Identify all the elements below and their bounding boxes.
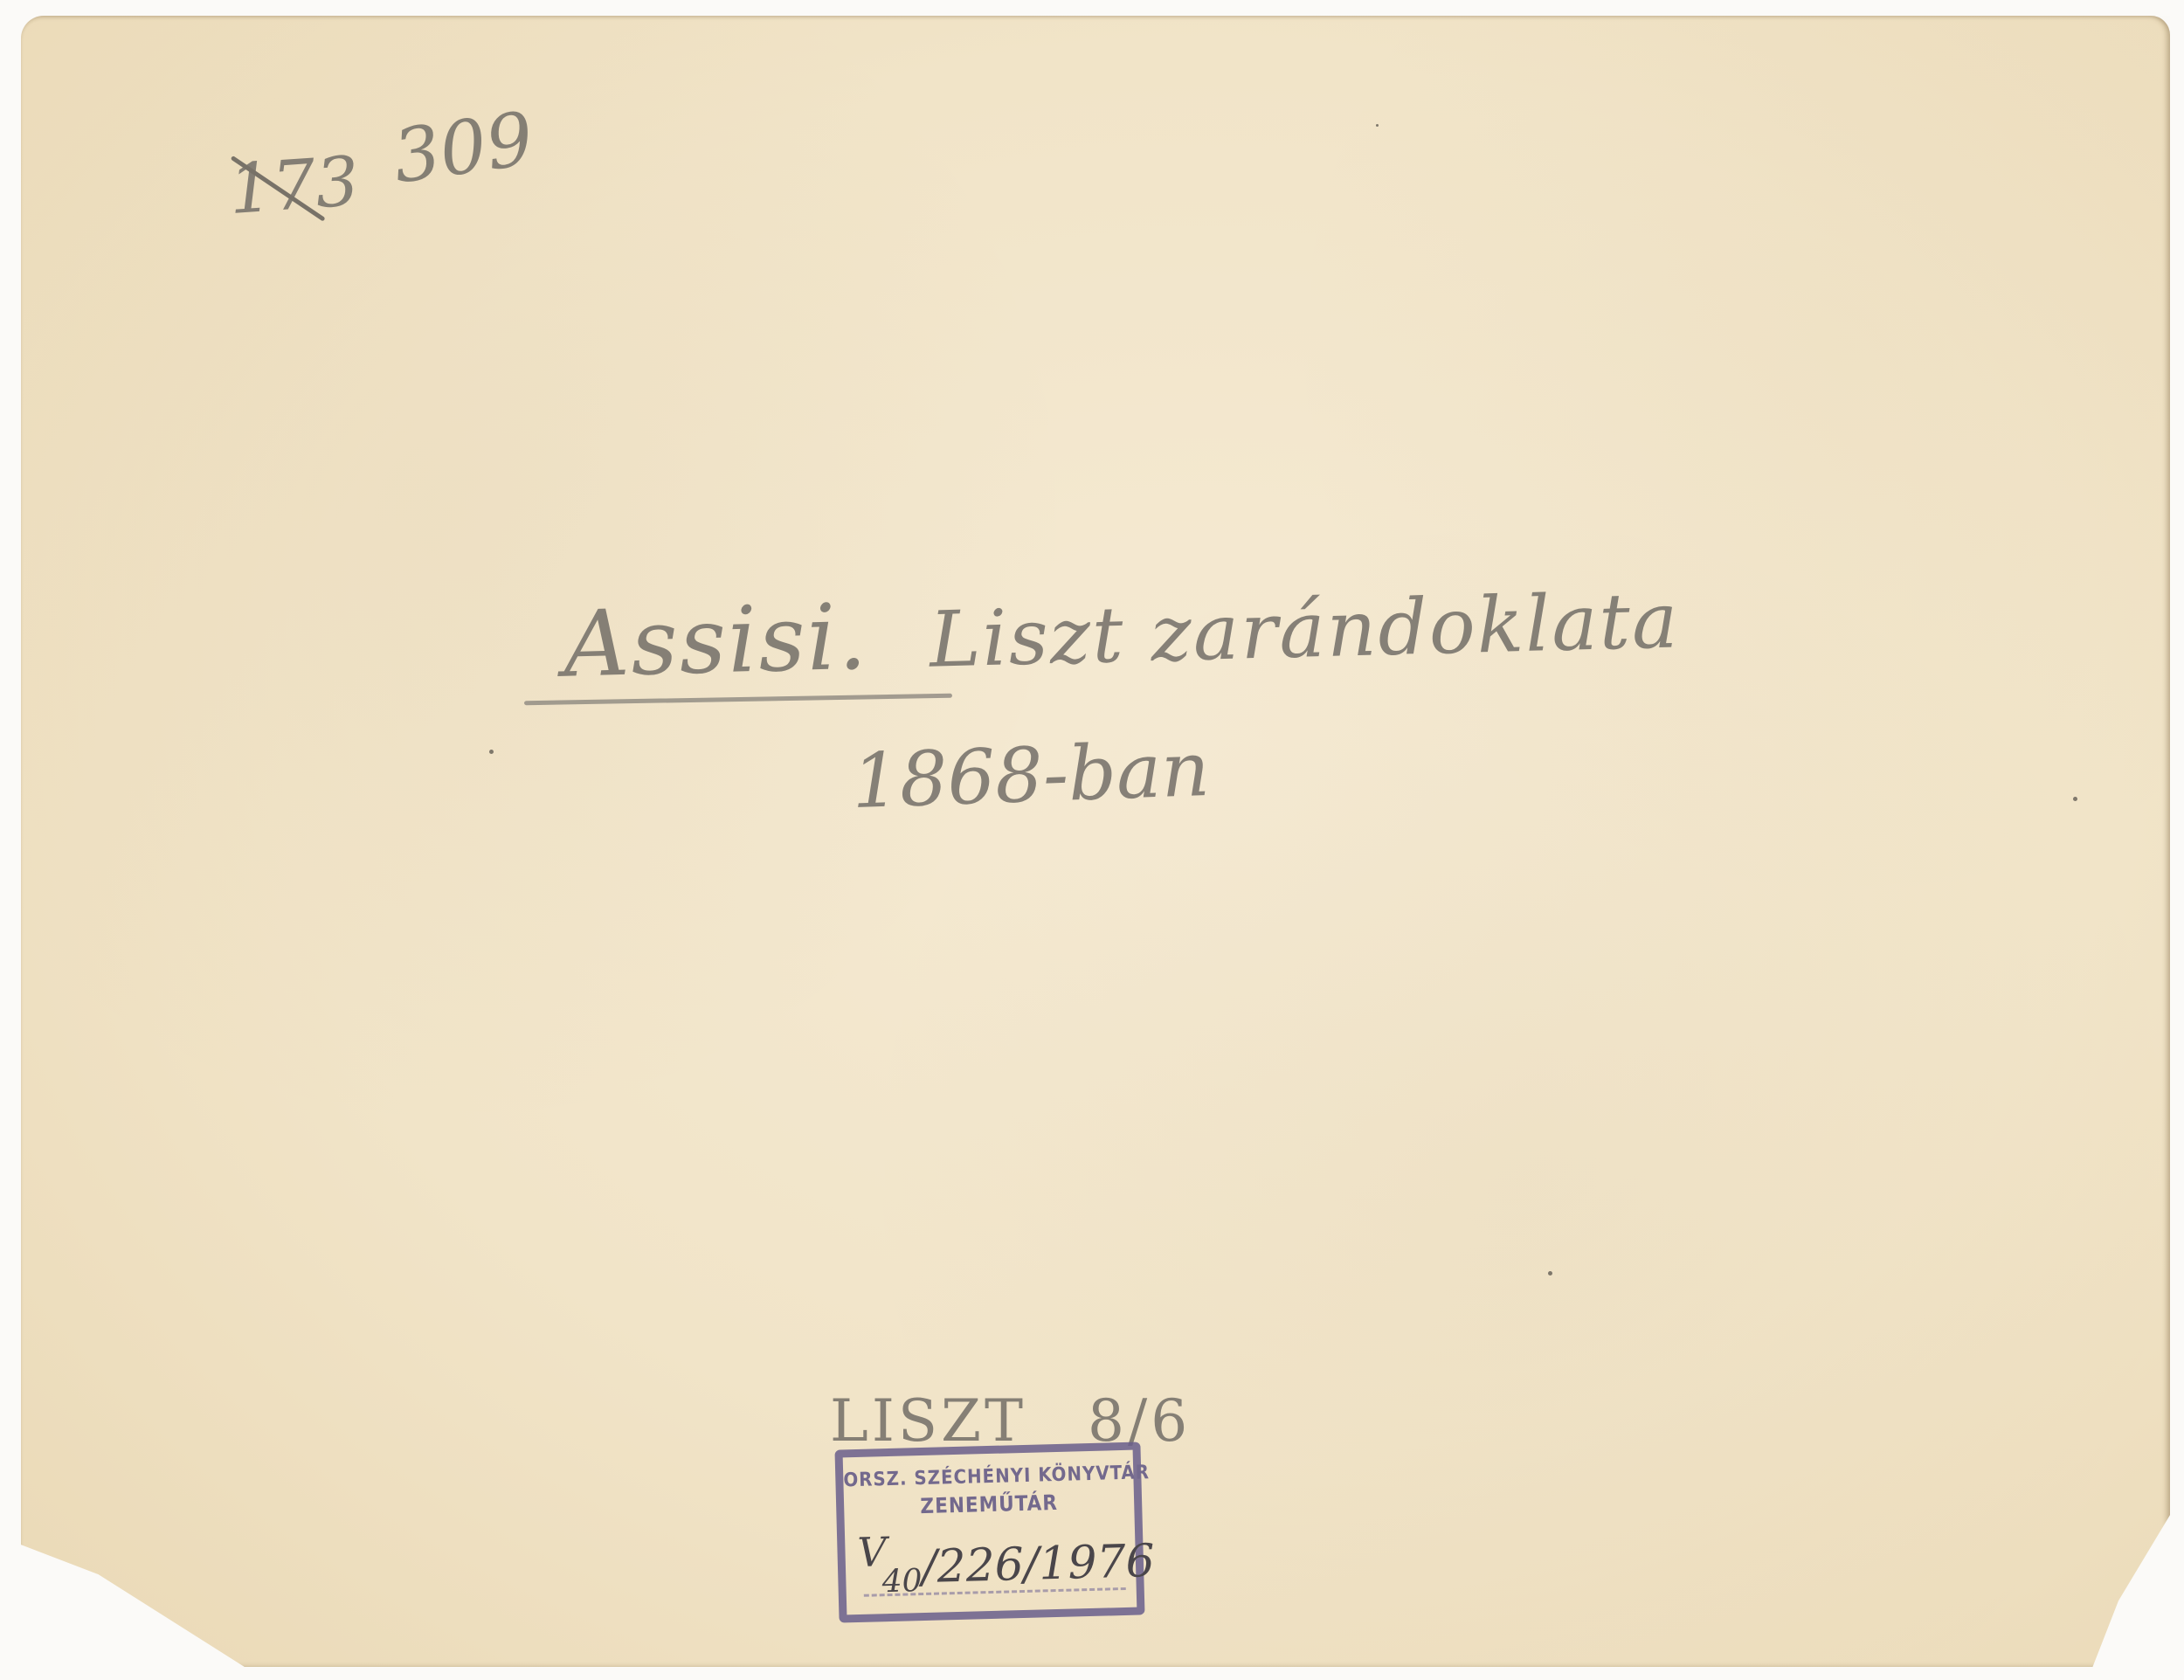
paper-speck: [2073, 797, 2077, 801]
old-inventory-number: 173: [226, 142, 362, 230]
shelf-mark-name: LISZT: [830, 1387, 1026, 1455]
accession-value: 226/1976: [936, 1535, 1156, 1594]
stamp-institution: ORSZ. SZÉCHÉNYI KÖNYVTÁR: [843, 1462, 1134, 1492]
stamp-department: ZENEMŰTÁR: [844, 1489, 1135, 1521]
caption-place: Assisi.: [563, 584, 870, 698]
scanned-document: 173 309 Assisi.Liszt zarándoklata 1868-b…: [0, 0, 2184, 1680]
struck-inventory-number: 173: [226, 142, 362, 230]
paper-speck: [1376, 124, 1379, 127]
library-stamp: ORSZ. SZÉCHÉNYI KÖNYVTÁR ZENEMŰTÁR V40/2…: [834, 1441, 1144, 1622]
caption-description: Liszt zarándoklata: [929, 575, 1681, 684]
caption-date: 1868-ban: [850, 726, 1211, 826]
stamp-accession-number: V40/226/1976: [857, 1535, 1155, 1595]
paper-speck: [489, 750, 494, 754]
paper-speck: [1548, 1271, 1552, 1276]
